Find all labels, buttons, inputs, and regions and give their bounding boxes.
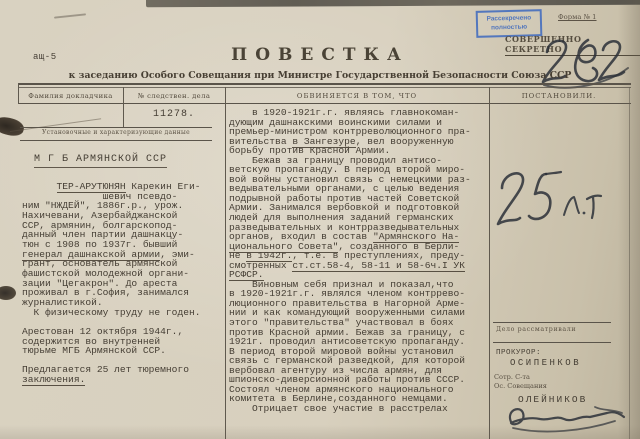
org-header-mgb-armenian-ssr: М Г Б АРМЯНСКОЙ ССР xyxy=(34,154,167,168)
left-section-header: Установочные и характеризующие данные xyxy=(18,129,214,136)
column-header-accused-of: ОБВИНЯЕТСЯ В ТОМ, ЧТО xyxy=(225,89,489,105)
left-section-rule-bottom xyxy=(20,140,212,141)
rule-under-subtitle xyxy=(18,83,631,85)
secretary-title-line1: Сотр. С-та xyxy=(494,373,530,381)
case-number: 11278. xyxy=(123,109,225,120)
resolution-rule-bottom xyxy=(493,342,611,343)
accusation-text: в 1920-1921г.г. являясь главнокоман-дующ… xyxy=(229,108,488,414)
declassified-stamp-line2: полностью xyxy=(479,23,539,34)
biographical-data-text: ТЕР-АРУТЮНЯН Карекин Еги- шевич псевдо-н… xyxy=(22,182,224,385)
pencil-mark xyxy=(54,13,86,18)
handwritten-resolution-25-years xyxy=(489,163,603,235)
column-header-case-number: № следствен. дела xyxy=(123,89,225,105)
table-header-top-rule xyxy=(18,87,631,88)
ink-smudge xyxy=(0,286,16,300)
prosecutor-name: ОСИПЕНКОВ xyxy=(510,358,581,368)
column-header-resolved: ПОСТАНОВИЛИ. xyxy=(489,89,629,105)
photo-right-shadow xyxy=(618,0,640,439)
photo-bottom-shadow xyxy=(0,425,640,439)
column-header-speaker: Фамилия докладчика xyxy=(18,89,123,105)
secretary-title-line2: Ос. Совещания xyxy=(494,382,547,390)
column-divider-2 xyxy=(225,87,226,439)
document-code: ащ-5 xyxy=(33,52,57,62)
left-section-rule-top xyxy=(20,127,212,128)
photo-dark-edge xyxy=(146,0,640,7)
scanned-summons-document: ащ-5 ПОВЕСТКА Рассекречено полностью Фор… xyxy=(0,0,640,439)
page-title: ПОВЕСТКА xyxy=(180,45,460,65)
document-subtitle: к заседанию Особого Совещания при Минист… xyxy=(30,70,610,81)
prosecutor-label: ПРОКУРОР: xyxy=(496,349,541,357)
resolution-rule-top xyxy=(493,322,611,323)
form-number-label: Форма № 1 xyxy=(558,13,597,21)
column-divider-3 xyxy=(489,87,490,439)
case-reviewed-label: Дело рассматривали xyxy=(496,326,576,333)
